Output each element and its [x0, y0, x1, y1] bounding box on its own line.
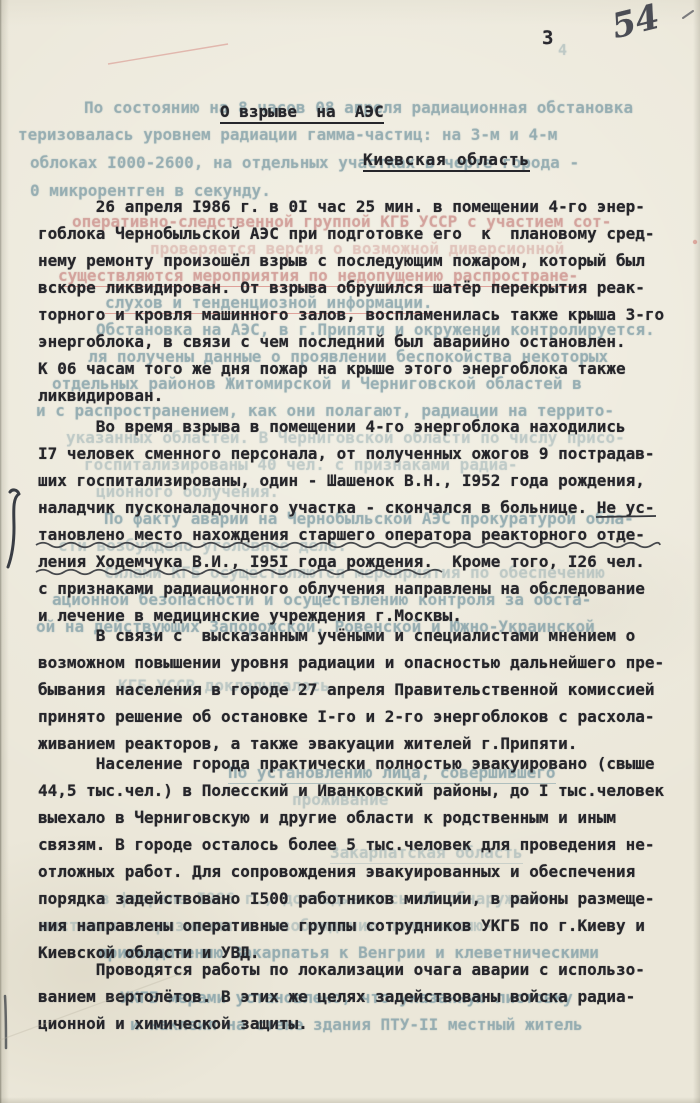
region-subtitle: Киевская область [363, 146, 530, 173]
paragraph-3: В связи с высказанным учёными и специали… [38, 622, 664, 757]
red-pencil-scratch [108, 44, 228, 64]
region-subtitle-text: Киевская область [363, 150, 530, 172]
handwritten-folio-number: 54 [608, 0, 664, 47]
paragraph-4: Население города практически полностью э… [38, 750, 664, 966]
small-pen-tick [683, 11, 693, 18]
red-ink-dot [693, 240, 697, 244]
margin-checkmark-pen-stroke [8, 490, 19, 567]
document-title: О взрыве на АЭС [220, 98, 384, 125]
paragraph-1: 26 апреля I986 г. в 0I час 25 мин. в пом… [38, 193, 664, 409]
page-number: 3 [542, 27, 553, 49]
paragraph-5: Проводятся работы по локализации очага а… [38, 956, 645, 1037]
document-title-text: О взрыве на АЭС [220, 102, 384, 124]
bleed-through-line: теризовалась уровнем радиации гамма-част… [18, 125, 557, 145]
paragraph-2: Во время взрыва в помещении 4-го энергоб… [38, 413, 655, 629]
page-number-bleed-through: 4 [558, 40, 567, 60]
scanned-document-page: По состоянию на 8 часов 08 апреля радиац… [0, 0, 700, 1103]
bottom-margin-pen-line [5, 996, 6, 1048]
